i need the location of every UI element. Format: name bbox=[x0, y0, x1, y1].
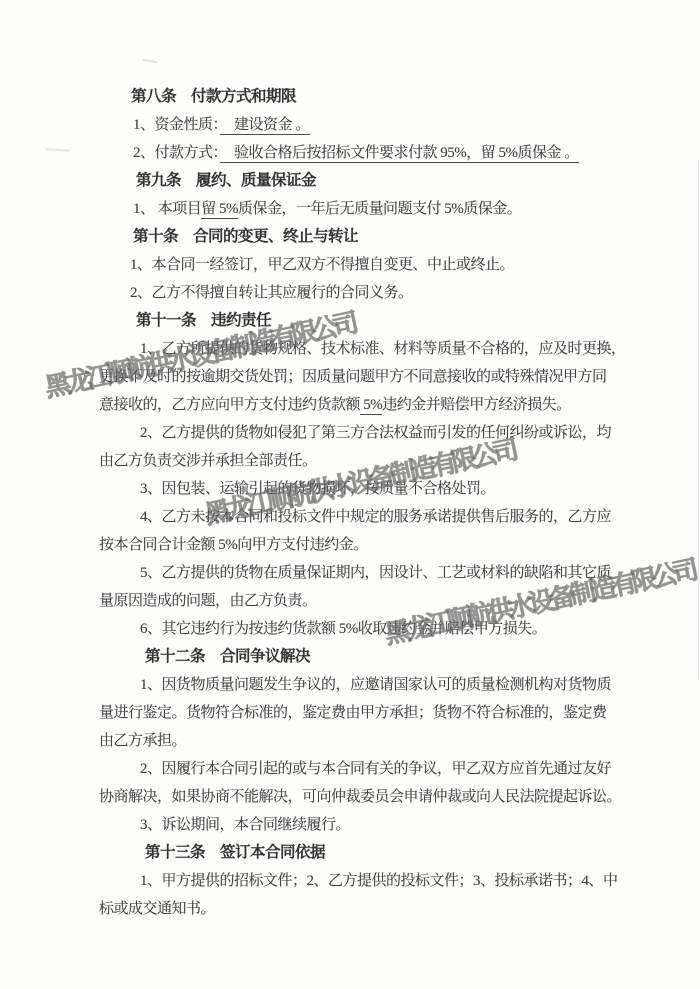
text-line: 6、其它违约行为按违约货款额 5%收取违约金并赔偿甲方损失。 bbox=[99, 615, 611, 643]
underlined-text: 验收合格后按招标文件要求付款 95%，留 5%质保金 。 bbox=[220, 145, 579, 163]
clause-heading: 第十条 合同的变更、终止与转让 bbox=[99, 223, 611, 251]
underlined-text: 建设资金 。 bbox=[220, 117, 310, 135]
text-segment: 2、乙方不得擅自转让其应履行的合同义务。 bbox=[130, 285, 413, 301]
underlined-text: 留 5% bbox=[201, 201, 238, 219]
text-line: 4、乙方未按本合同和投标文件中规定的服务承诺提供售后服务的，乙方应 bbox=[99, 503, 611, 531]
text-segment: 2、付款方式： bbox=[133, 145, 220, 161]
scan-edge-shadow bbox=[698, 160, 699, 680]
text-line: 5、乙方提供的货物在质量保证期内，因设计、工艺或材料的缺陷和其它质 bbox=[99, 559, 611, 587]
text-segment: 意接收的，乙方应向甲方支付违约货款额 bbox=[99, 397, 360, 413]
text-line: 1、乙方所提供的货物规格、技术标准、材料等质量不合格的，应及时更换， bbox=[99, 335, 611, 363]
scan-artifact bbox=[46, 148, 70, 151]
text-segment: 1、本合同一经签订，甲乙双方不得擅自变更、中止或终止。 bbox=[130, 257, 514, 273]
text-line: 2、付款方式： 验收合格后按招标文件要求付款 95%，留 5%质保金 。 bbox=[99, 139, 611, 167]
text-segment: 违约金并赔偿甲方经济损失。 bbox=[382, 397, 571, 413]
text-segment: 1、资金性质： bbox=[133, 117, 220, 133]
text-segment: 5、乙方提供的货物在质量保证期内，因设计、工艺或材料的缺陷和其它质 bbox=[140, 565, 611, 581]
text-line: 1、资金性质： 建设资金 。 bbox=[99, 111, 611, 139]
text-segment: 第九条 履约、质量保证金 bbox=[136, 172, 316, 189]
clause-heading: 第十二条 合同争议解决 bbox=[99, 643, 611, 671]
text-segment: 量原因造成的问题，由乙方负责。 bbox=[99, 593, 317, 609]
text-segment: 3、诉讼期间，本合同继续履行。 bbox=[140, 817, 350, 833]
text-line: 协商解决，如果协商不能解决，可向仲裁委员会申请仲裁或向人民法院提起诉讼。 bbox=[99, 783, 611, 811]
text-segment: 第十条 合同的变更、终止与转让 bbox=[133, 228, 358, 245]
text-segment: 量进行鉴定。货物符合标准的，鉴定费由甲方承担；货物不符合标准的，鉴定费 bbox=[99, 705, 607, 721]
text-segment: 1、因货物质量问题发生争议的，应邀请国家认可的质量检测机构对货物质 bbox=[140, 677, 611, 693]
text-segment: 第十一条 违约责任 bbox=[136, 312, 271, 329]
text-segment: 2、因履行本合同引起的或与本合同有关的争议，甲乙双方应首先通过友好 bbox=[140, 761, 611, 777]
text-line: 2、因履行本合同引起的或与本合同有关的争议，甲乙双方应首先通过友好 bbox=[99, 755, 611, 783]
text-line: 意接收的，乙方应向甲方支付违约货款额 5%违约金并赔偿甲方经济损失。 bbox=[99, 391, 611, 419]
text-segment: 2、乙方提供的货物如侵犯了第三方合法权益而引发的任何纠纷或诉讼，均 bbox=[140, 425, 611, 441]
document-page: 第八条 付款方式和期限1、资金性质： 建设资金 。2、付款方式： 验收合格后按招… bbox=[0, 0, 700, 989]
text-line: 2、乙方不得擅自转让其应履行的合同义务。 bbox=[99, 279, 611, 307]
clause-heading: 第八条 付款方式和期限 bbox=[99, 83, 611, 111]
text-line: 由乙方承担。 bbox=[99, 727, 611, 755]
text-segment: 标或成交通知书。 bbox=[99, 901, 215, 917]
text-line: 1、 本项目留 5%质保金，一年后无质量问题支付 5%质保金。 bbox=[99, 195, 611, 223]
text-segment: 3、因包装、运输引起的货物损坏，按质量不合格处罚。 bbox=[140, 481, 495, 497]
text-segment: 1、乙方所提供的货物规格、技术标准、材料等质量不合格的，应及时更换， bbox=[140, 341, 626, 357]
text-segment: 由乙方承担。 bbox=[99, 733, 186, 749]
text-line: 按本合同合计金额 5%向甲方支付违约金。 bbox=[99, 531, 611, 559]
text-line: 由乙方负责交涉并承担全部责任。 bbox=[99, 447, 611, 475]
text-segment: 第八条 付款方式和期限 bbox=[131, 88, 296, 105]
text-line: 1、因货物质量问题发生争议的，应邀请国家认可的质量检测机构对货物质 bbox=[99, 671, 611, 699]
text-segment: 由乙方负责交涉并承担全部责任。 bbox=[99, 453, 317, 469]
text-segment: 6、其它违约行为按违约货款额 5%收取违约金并赔偿甲方损失。 bbox=[140, 621, 546, 637]
underlined-text: 5% bbox=[360, 397, 382, 415]
text-line: 量原因造成的问题，由乙方负责。 bbox=[99, 587, 611, 615]
clause-heading: 第十一条 违约责任 bbox=[99, 307, 611, 335]
text-line: 2、乙方提供的货物如侵犯了第三方合法权益而引发的任何纠纷或诉讼，均 bbox=[99, 419, 611, 447]
text-line: 3、诉讼期间，本合同继续履行。 bbox=[99, 811, 611, 839]
text-line: 1、甲方提供的招标文件；2、乙方提供的投标文件；3、投标承诺书；4、中 bbox=[99, 867, 611, 895]
text-segment: 1、 本项目 bbox=[133, 201, 201, 217]
text-segment: 协商解决，如果协商不能解决，可向仲裁委员会申请仲裁或向人民法院提起诉讼。 bbox=[99, 789, 621, 805]
text-line: 更换不及时的按逾期交货处罚；因质量问题甲方不同意接收的或特殊情况甲方同 bbox=[99, 363, 611, 391]
text-segment: 第十三条 签订本合同依据 bbox=[145, 844, 325, 861]
scan-artifact bbox=[142, 59, 158, 63]
text-line: 量进行鉴定。货物符合标准的，鉴定费由甲方承担；货物不符合标准的，鉴定费 bbox=[99, 699, 611, 727]
text-line: 1、本合同一经签订，甲乙双方不得擅自变更、中止或终止。 bbox=[99, 251, 611, 279]
text-segment: 4、乙方未按本合同和投标文件中规定的服务承诺提供售后服务的，乙方应 bbox=[140, 509, 611, 525]
contract-text: 第八条 付款方式和期限1、资金性质： 建设资金 。2、付款方式： 验收合格后按招… bbox=[99, 83, 611, 923]
text-line: 3、因包装、运输引起的货物损坏，按质量不合格处罚。 bbox=[99, 475, 611, 503]
text-segment: 质保金，一年后无质量问题支付 5%质保金。 bbox=[238, 201, 521, 217]
text-segment: 更换不及时的按逾期交货处罚；因质量问题甲方不同意接收的或特殊情况甲方同 bbox=[99, 369, 607, 385]
text-segment: 1、甲方提供的招标文件；2、乙方提供的投标文件；3、投标承诺书；4、中 bbox=[140, 873, 618, 889]
clause-heading: 第九条 履约、质量保证金 bbox=[99, 167, 611, 195]
text-line: 标或成交通知书。 bbox=[99, 895, 611, 923]
text-segment: 第十二条 合同争议解决 bbox=[145, 648, 310, 665]
clause-heading: 第十三条 签订本合同依据 bbox=[99, 839, 611, 867]
text-segment: 按本合同合计金额 5%向甲方支付违约金。 bbox=[99, 537, 368, 553]
